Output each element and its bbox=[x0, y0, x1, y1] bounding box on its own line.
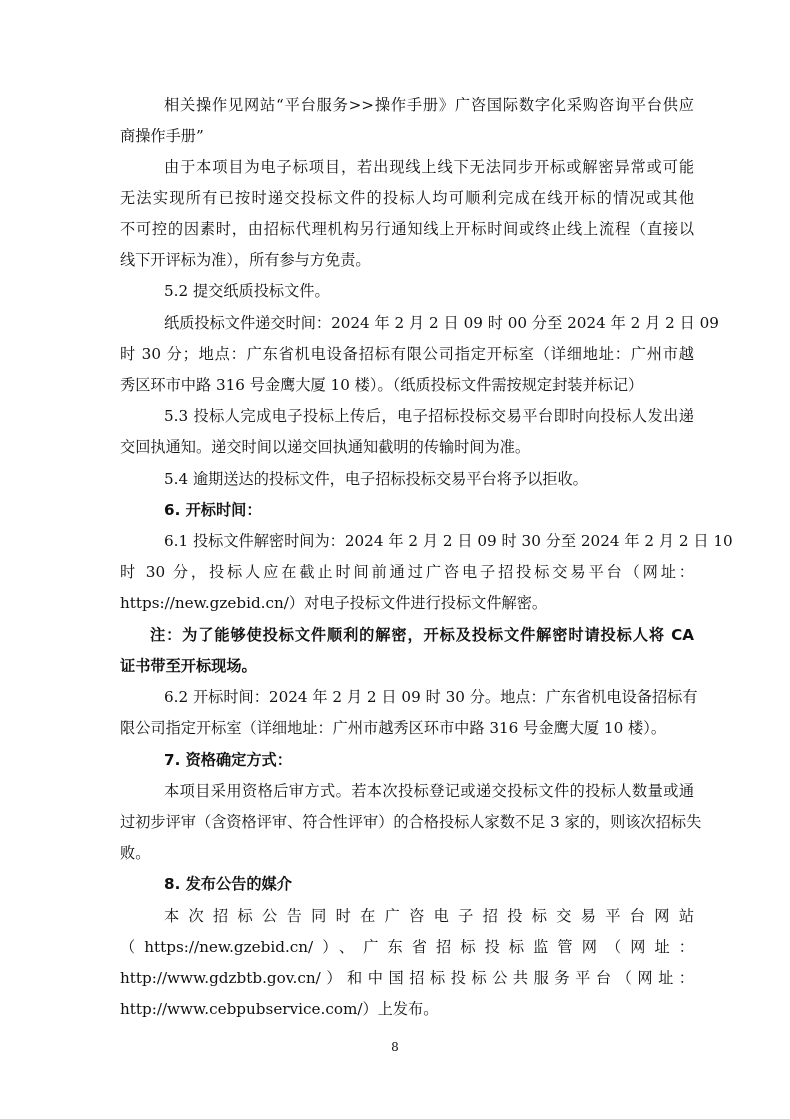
section-5-4: 5.4 逾期送达的投标文件，电子招标投标交易平台将予以拒收。 bbox=[120, 464, 694, 494]
url-line: http://www.gdzbtb.gov.cn/）和中国招标投标公共服务平台（… bbox=[120, 963, 694, 993]
section-5-3: 5.3 投标人完成电子投标上传后，电子招标投标交易平台即时向投标人发出递 bbox=[120, 401, 694, 431]
paragraph-line: 线下开评标为准），所有参与方免责。 bbox=[120, 245, 694, 275]
paragraph-line: 时 30 分；地点：广东省机电设备招标有限公司指定开标室（详细地址：广州市越 bbox=[120, 339, 694, 369]
section-5-2: 5.2 提交纸质投标文件。 bbox=[120, 276, 694, 306]
url-line: （https://new.gzebid.cn/）、广东省招标投标监管网（网址： bbox=[120, 932, 694, 962]
paragraph-line: 过初步评审（含资格评审、符合性评审）的合格投标人家数不足 3 家的，则该次招标失 bbox=[120, 807, 694, 837]
paragraph-line: 交回执通知。递交时间以递交回执通知截明的传输时间为准。 bbox=[120, 432, 694, 462]
note-bold-continued: 证书带至开标现场。 bbox=[120, 651, 694, 681]
paragraph-line: 本项目采用资格后审方式。若本次投标登记或递交投标文件的投标人数量或通 bbox=[120, 776, 694, 806]
note-bold: 注：为了能够使投标文件顺利的解密，开标及投标文件解密时请投标人将 CA bbox=[120, 620, 694, 650]
section-6-2: 6.2 开标时间：2024 年 2 月 2 日 09 时 30 分。地点：广东省… bbox=[120, 682, 694, 712]
paragraph-line: 秀区环市中路 316 号金鹰大厦 10 楼）。（纸质投标文件需按规定封装并标记） bbox=[120, 370, 694, 400]
page-number: 8 bbox=[0, 1040, 790, 1054]
paragraph-line: 由于本项目为电子标项目，若出现线上线下无法同步开标或解密异常或可能 bbox=[120, 152, 694, 182]
heading-media: 8. 发布公告的媒介 bbox=[120, 869, 694, 899]
paragraph-line: 无法实现所有已按时递交投标文件的投标人均可顺利完成在线开标的情况或其他 bbox=[120, 183, 694, 213]
paragraph-line: 本次招标公告同时在广咨电子招投标交易平台网站 bbox=[120, 901, 694, 931]
paragraph-line: 纸质投标文件递交时间：2024 年 2 月 2 日 09 时 00 分至 202… bbox=[120, 308, 694, 338]
url-line: http://www.cebpubservice.com/）上发布。 bbox=[120, 994, 694, 1024]
heading-qualification: 7. 资格确定方式： bbox=[120, 745, 694, 775]
paragraph-line: 商操作手册” bbox=[120, 121, 694, 151]
paragraph-line: 限公司指定开标室（详细地址：广州市越秀区环市中路 316 号金鹰大厦 10 楼）… bbox=[120, 713, 694, 743]
paragraph-line: 不可控的因素时，由招标代理机构另行通知线上开标时间或终止线上流程（直接以 bbox=[120, 214, 694, 244]
paragraph-line: 败。 bbox=[120, 838, 694, 868]
paragraph-line: 相关操作见网站“平台服务>>操作手册》广咨国际数字化采购咨询平台供应 bbox=[120, 90, 694, 120]
section-6-1: 6.1 投标文件解密时间为：2024 年 2 月 2 日 09 时 30 分至 … bbox=[120, 526, 694, 556]
paragraph-line: 时 30 分，投标人应在截止时间前通过广咨电子招投标交易平台（网址： bbox=[120, 557, 694, 587]
url-line: https://new.gzebid.cn/）对电子投标文件进行投标文件解密。 bbox=[120, 588, 694, 618]
heading-opening-time: 6. 开标时间： bbox=[120, 495, 694, 525]
